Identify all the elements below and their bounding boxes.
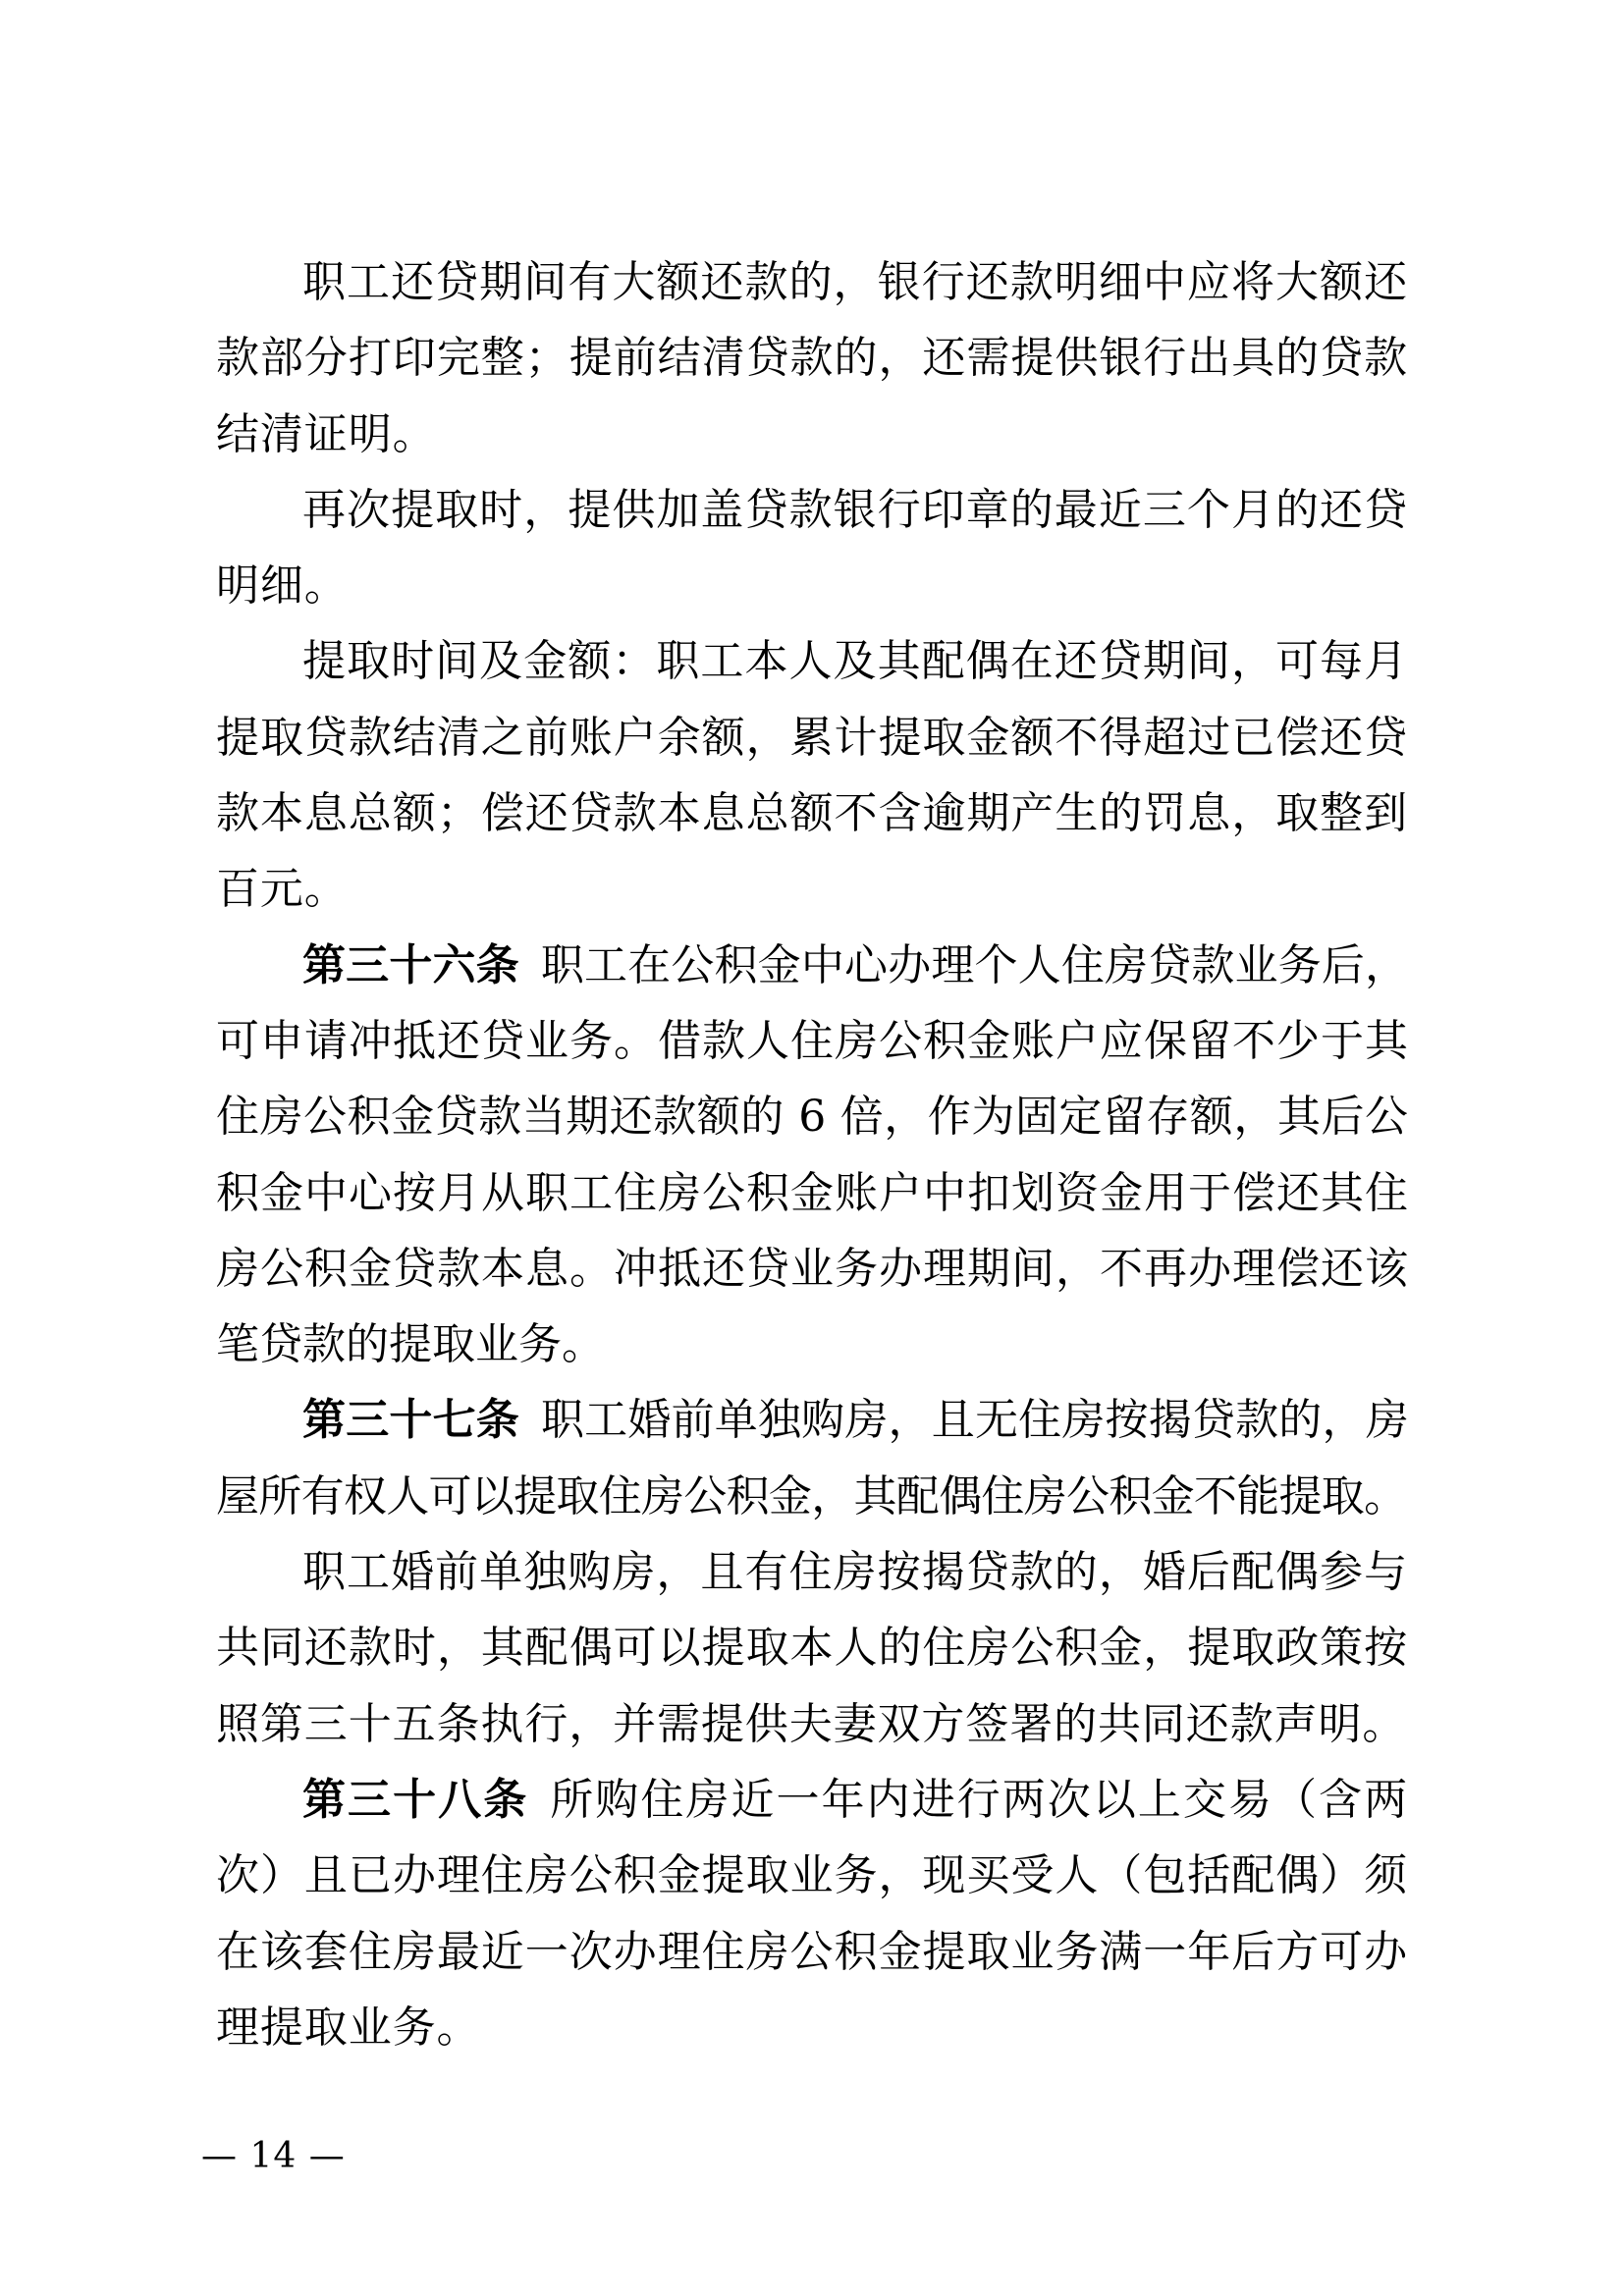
paragraph-article-37: 第三十七条职工婚前单独购房，且无住房按揭贷款的，房屋所有权人可以提取住房公积金，… (216, 1382, 1408, 1534)
paragraph-text: 职工在公积金中心办理个人住房贷款业务后，可申请冲抵还贷业务。借款人住房公积金账户… (216, 940, 1408, 1369)
paragraph: 再次提取时，提供加盖贷款银行印章的最近三个月的还贷明细。 (216, 472, 1408, 624)
paragraph-text: 再次提取时，提供加盖贷款银行印章的最近三个月的还贷明细。 (216, 485, 1408, 611)
paragraph: 职工婚前单独购房，且有住房按揭贷款的，婚后配偶参与共同还款时，其配偶可以提取本人… (216, 1534, 1408, 1762)
article-heading: 第三十八条 (302, 1775, 528, 1825)
paragraph: 职工还贷期间有大额还款的，银行还款明细中应将大额还款部分打印完整；提前结清贷款的… (216, 244, 1408, 472)
document-text-block: 职工还贷期间有大额还款的，银行还款明细中应将大额还款部分打印完整；提前结清贷款的… (216, 244, 1408, 2065)
paragraph-article-36: 第三十六条职工在公积金中心办理个人住房贷款业务后，可申请冲抵还贷业务。借款人住房… (216, 928, 1408, 1383)
article-heading: 第三十六条 (302, 940, 519, 990)
paragraph-article-38: 第三十八条所购住房近一年内进行两次以上交易（含两次）且已办理住房公积金提取业务，… (216, 1762, 1408, 2065)
paragraph-text: 职工婚前单独购房，且有住房按揭贷款的，婚后配偶参与共同还款时，其配偶可以提取本人… (216, 1547, 1408, 1749)
paragraph-text: 职工还贷期间有大额还款的，银行还款明细中应将大额还款部分打印完整；提前结清贷款的… (216, 257, 1408, 459)
page-number: — 14 — (201, 2136, 346, 2176)
document-page: 职工还贷期间有大额还款的，银行还款明细中应将大额还款部分打印完整；提前结清贷款的… (0, 0, 1624, 2296)
paragraph-text: 提取时间及金额：职工本人及其配偶在还贷期间，可每月提取贷款结清之前账户余额，累计… (216, 636, 1408, 914)
article-heading: 第三十七条 (302, 1395, 519, 1445)
paragraph: 提取时间及金额：职工本人及其配偶在还贷期间，可每月提取贷款结清之前账户余额，累计… (216, 623, 1408, 927)
